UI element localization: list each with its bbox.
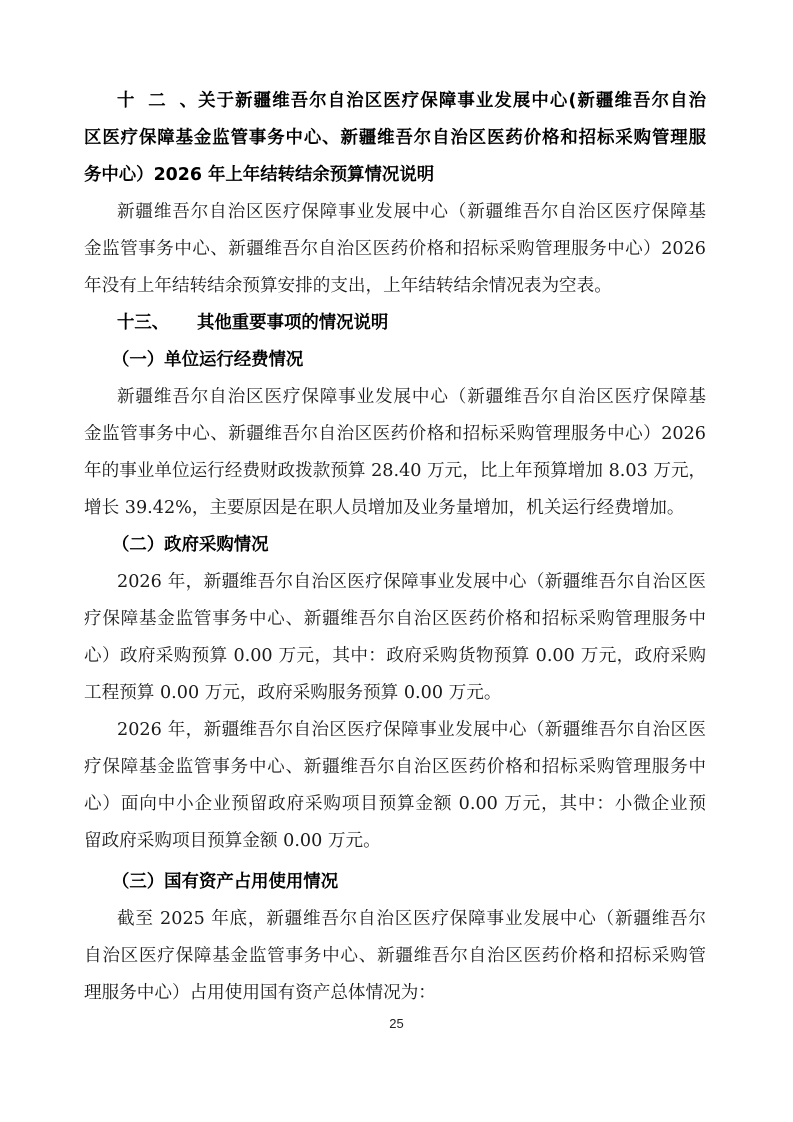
- document-page: 十二、关于新疆维吾尔自治区医疗保障事业发展中心(新疆维吾尔自治 区医疗保障基金监…: [0, 0, 793, 1122]
- section-12-number: 十二、: [117, 88, 197, 114]
- subsection-1-paragraph-line-3: 年的事业单位运行经费财政拨款预算 28.40 万元，比上年预算增加 8.03 万…: [84, 458, 706, 484]
- subsection-2-paragraph-1-line-1: 2026 年，新疆维吾尔自治区医疗保障事业发展中心（新疆维吾尔自治区医: [117, 569, 706, 595]
- section-12-heading-line-3: 务中心）2026 年上年结转结余预算情况说明: [84, 162, 706, 188]
- subsection-1-paragraph-line-1: 新疆维吾尔自治区医疗保障事业发展中心（新疆维吾尔自治区医疗保障基: [117, 384, 706, 410]
- subsection-2-paragraph-1-line-3: 心）政府采购预算 0.00 万元，其中：政府采购货物预算 0.00 万元，政府采…: [84, 643, 706, 669]
- subsection-3-paragraph-line-2: 自治区医疗保障基金监管事务中心、新疆维吾尔自治区医药价格和招标采购管: [84, 943, 706, 969]
- subsection-2-paragraph-2-line-3: 心）面向中小企业预留政府采购项目预算金额 0.00 万元，其中：小微企业预: [84, 791, 706, 817]
- subsection-2-paragraph-2-line-1: 2026 年，新疆维吾尔自治区医疗保障事业发展中心（新疆维吾尔自治区医: [117, 717, 706, 743]
- section-12-heading-line-2: 区医疗保障基金监管事务中心、新疆维吾尔自治区医药价格和招标采购管理服: [84, 125, 706, 151]
- section-13-number: 十三、: [117, 310, 197, 336]
- subsection-1-paragraph-line-4: 增长 39.42%，主要原因是在职人员增加及业务量增加，机关运行经费增加。: [84, 495, 706, 521]
- section-12-heading-line-1: 十二、关于新疆维吾尔自治区医疗保障事业发展中心(新疆维吾尔自治: [117, 88, 706, 114]
- subsection-1-paragraph-line-2: 金监管事务中心、新疆维吾尔自治区医药价格和招标采购管理服务中心）2026: [84, 421, 706, 447]
- section-12-heading-text: 关于新疆维吾尔自治区医疗保障事业发展中心(新疆维吾尔自治: [197, 91, 706, 111]
- subsection-2-title: （二）政府采购情况: [112, 532, 706, 558]
- section-12-paragraph-line-2: 金监管事务中心、新疆维吾尔自治区医药价格和招标采购管理服务中心）2026: [84, 236, 706, 262]
- subsection-1-title: （一）单位运行经费情况: [112, 347, 706, 373]
- subsection-3-paragraph-line-1: 截至 2025 年底，新疆维吾尔自治区医疗保障事业发展中心（新疆维吾尔: [117, 906, 706, 932]
- page-number: 25: [0, 1016, 793, 1031]
- section-13-heading-text: 其他重要事项的情况说明: [197, 313, 388, 333]
- section-12-paragraph-line-3: 年没有上年结转结余预算安排的支出，上年结转结余情况表为空表。: [84, 273, 706, 299]
- subsection-2-paragraph-2-line-4: 留政府采购项目预算金额 0.00 万元。: [84, 828, 706, 854]
- subsection-2-paragraph-1-line-4: 工程预算 0.00 万元，政府采购服务预算 0.00 万元。: [84, 680, 706, 706]
- subsection-2-paragraph-1-line-2: 疗保障基金监管事务中心、新疆维吾尔自治区医药价格和招标采购管理服务中: [84, 606, 706, 632]
- section-13-heading: 十三、其他重要事项的情况说明: [117, 310, 706, 336]
- subsection-3-paragraph-line-3: 理服务中心）占用使用国有资产总体情况为：: [84, 980, 706, 1006]
- section-12-paragraph-line-1: 新疆维吾尔自治区医疗保障事业发展中心（新疆维吾尔自治区医疗保障基: [117, 199, 706, 225]
- subsection-2-paragraph-2-line-2: 疗保障基金监管事务中心、新疆维吾尔自治区医药价格和招标采购管理服务中: [84, 754, 706, 780]
- subsection-3-title: （三）国有资产占用使用情况: [112, 869, 706, 895]
